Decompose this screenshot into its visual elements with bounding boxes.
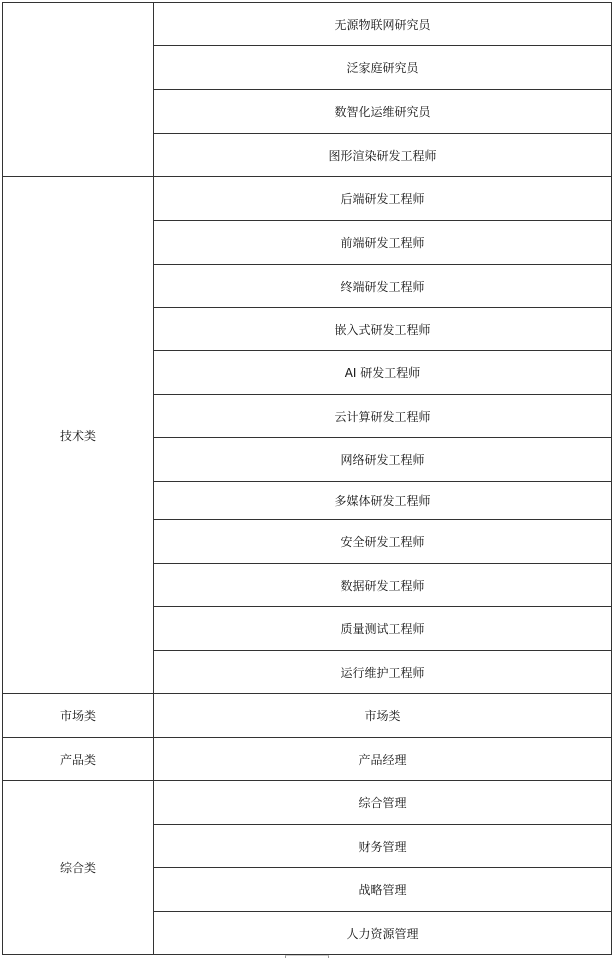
position-cell: 云计算研发工程师	[154, 395, 612, 438]
position-cell: 多媒体研发工程师	[154, 482, 612, 520]
position-cell: 产品经理	[154, 738, 612, 781]
position-cell: 人力资源管理	[154, 912, 612, 955]
category-cell: 产品类	[3, 738, 154, 781]
position-cell: 财务管理	[154, 825, 612, 868]
category-cell	[3, 3, 154, 177]
position-cell: 数据研发工程师	[154, 564, 612, 607]
job-category-table: 无源物联网研究员泛家庭研究员数智化运维研究员图形渲染研发工程师技术类后端研发工程…	[2, 2, 612, 955]
category-cell: 综合类	[3, 781, 154, 955]
position-cell: 后端研发工程师	[154, 177, 612, 221]
category-cell: 技术类	[3, 177, 154, 694]
table-row: 技术类后端研发工程师	[3, 177, 612, 221]
table-row: 产品类产品经理	[3, 738, 612, 781]
position-cell: 安全研发工程师	[154, 520, 612, 564]
position-cell: 综合管理	[154, 781, 612, 825]
position-cell: 运行维护工程师	[154, 651, 612, 694]
position-cell: 市场类	[154, 694, 612, 738]
position-cell: 无源物联网研究员	[154, 3, 612, 46]
position-cell: 质量测试工程师	[154, 607, 612, 651]
position-cell: 数智化运维研究员	[154, 90, 612, 134]
table-row: 无源物联网研究员	[3, 3, 612, 46]
position-cell: 嵌入式研发工程师	[154, 308, 612, 351]
position-cell: AI 研发工程师	[154, 351, 612, 395]
position-cell: 终端研发工程师	[154, 265, 612, 308]
position-cell: 图形渲染研发工程师	[154, 134, 612, 177]
position-cell: 泛家庭研究员	[154, 46, 612, 90]
category-cell: 市场类	[3, 694, 154, 738]
table-row: 市场类市场类	[3, 694, 612, 738]
position-cell: 战略管理	[154, 868, 612, 912]
position-cell: 前端研发工程师	[154, 221, 612, 265]
table-row: 综合类综合管理	[3, 781, 612, 825]
position-cell: 网络研发工程师	[154, 438, 612, 482]
